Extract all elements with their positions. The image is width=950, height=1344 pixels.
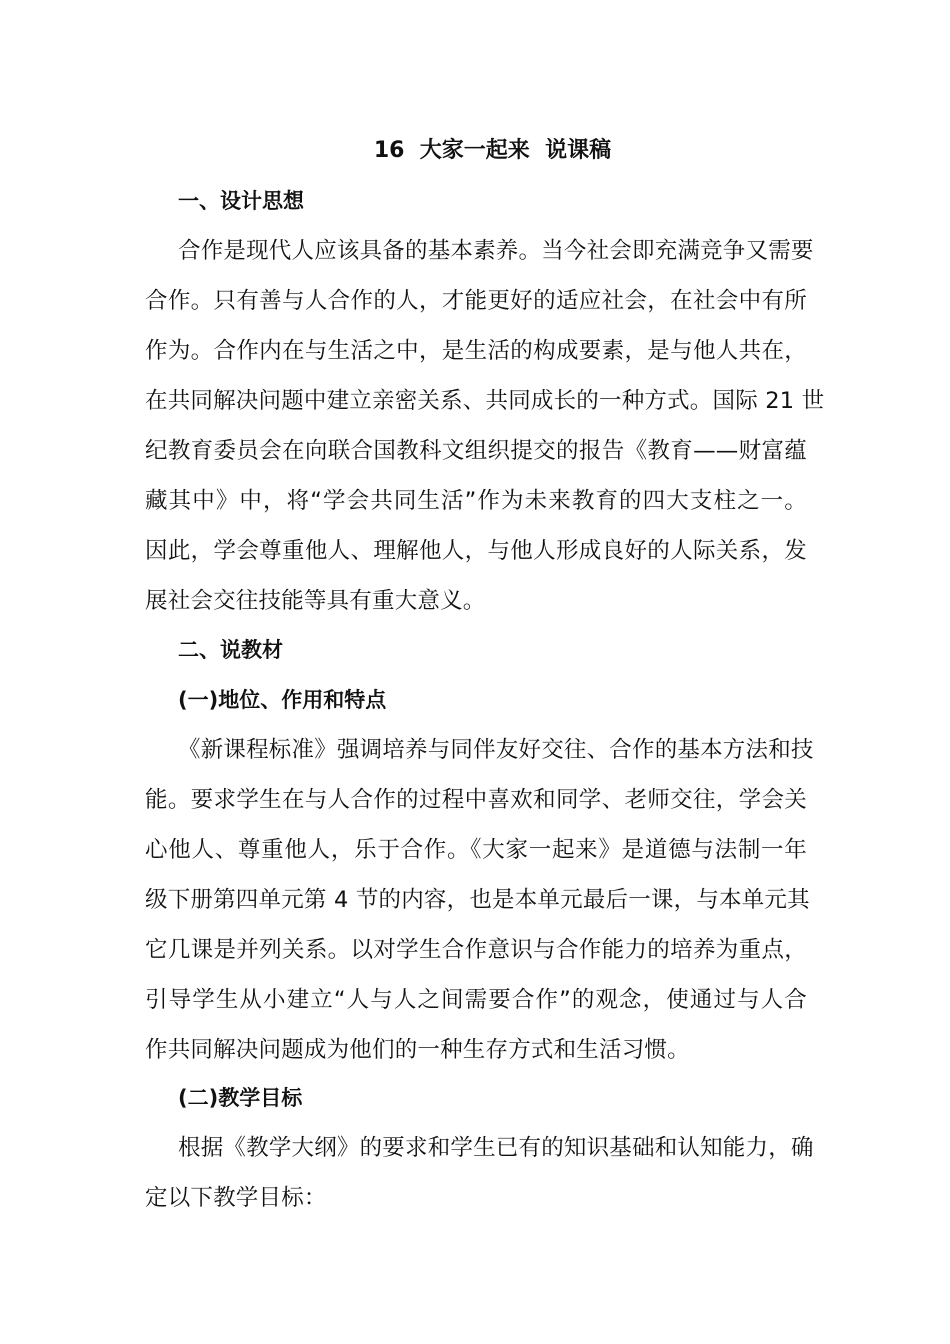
paragraph-line: 作共同解决问题成为他们的一种生存方式和生活习惯。 [145, 1035, 807, 1065]
document-title: 16 大家一起来 说课稿 [0, 136, 950, 166]
section-heading-design-idea: 一、设计思想 [178, 186, 304, 216]
paragraph-line: 它几课是并列关系。以对学生合作意识与合作能力的培养为重点， [145, 935, 807, 965]
document-page: 16 大家一起来 说课稿 一、设计思想 合作是现代人应该具备的基本素养。当今社会… [0, 0, 950, 1344]
paragraph-line: 根据《教学大纲》的要求和学生已有的知识基础和认知能力，确 [178, 1133, 807, 1163]
paragraph-line: 作为。合作内在与生活之中，是生活的构成要素，是与他人共在， [145, 336, 807, 366]
paragraph-line: 因此，学会尊重他人、理解他人，与他人形成良好的人际关系，发 [145, 536, 807, 566]
paragraph-line: 引导学生从小建立“人与人之间需要合作”的观念，使通过与人合 [145, 985, 807, 1015]
paragraph-line: 合作。只有善与人合作的人，才能更好的适应社会，在社会中有所 [145, 286, 807, 316]
paragraph-line: 合作是现代人应该具备的基本素养。当今社会即充满竞争又需要 [178, 236, 807, 266]
paragraph-line: 在共同解决问题中建立亲密关系、共同成长的一种方式。国际 21 世 [145, 386, 807, 416]
paragraph-line: 定以下教学目标： [145, 1183, 807, 1213]
paragraph-line: 纪教育委员会在向联合国教科文组织提交的报告《教育——财富蕴 [145, 436, 807, 466]
paragraph-line: 级下册第四单元第 4 节的内容，也是本单元最后一课，与本单元其 [145, 885, 807, 915]
section-heading-textbook: 二、说教材 [178, 635, 283, 665]
paragraph-line: 心他人、尊重他人，乐于合作。《大家一起来》是道德与法制一年 [145, 835, 807, 865]
subsection-heading-position: (一)地位、作用和特点 [178, 685, 386, 715]
paragraph-line: 《新课程标准》强调培养与同伴友好交往、合作的基本方法和技 [178, 735, 807, 765]
paragraph-line: 藏其中》中，将“学会共同生活”作为未来教育的四大支柱之一。 [145, 486, 807, 516]
subsection-heading-objectives: (二)教学目标 [178, 1083, 302, 1113]
paragraph-line: 展社会交往技能等具有重大意义。 [145, 586, 807, 616]
paragraph-line: 能。要求学生在与人合作的过程中喜欢和同学、老师交往，学会关 [145, 785, 807, 815]
